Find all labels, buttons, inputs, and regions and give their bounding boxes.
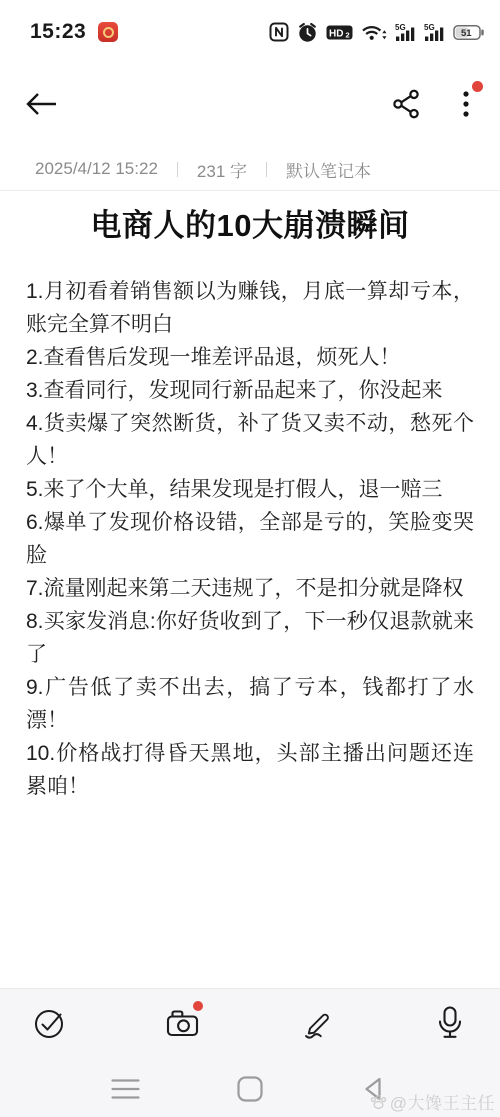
notebook-name[interactable]: 默认笔记本 <box>286 157 371 182</box>
camera-icon <box>164 1007 202 1039</box>
meta-separator: ｜ <box>259 159 274 180</box>
nfc-icon <box>269 22 289 42</box>
note-line-4: 4.货卖爆了突然断货，补了货又卖不动，愁死个人！ <box>26 407 474 473</box>
signal-5g-icon-sim2: 5G <box>424 22 445 42</box>
share-icon <box>390 88 422 120</box>
note-line-2: 2.查看售后发现一堆差评品退，烦死人！ <box>26 341 474 374</box>
back-triangle-icon <box>360 1075 386 1103</box>
note-line-9: 9.广告低了卖不出去，搞了亏本，钱都打了水漂！ <box>26 671 474 737</box>
voice-record-button[interactable] <box>428 1001 472 1045</box>
recents-icon <box>111 1078 140 1100</box>
system-navbar: @大馋王主任 <box>0 1060 500 1117</box>
note-body[interactable]: 1.月初看着销售额以为赚钱，月底一算却亏本，账完全算不明白 2.查看售后发现一堆… <box>0 275 500 803</box>
note-word-count: 231 字 <box>197 157 247 182</box>
home-icon <box>236 1075 264 1103</box>
check-circle-icon <box>32 1005 68 1041</box>
bottom-panel: @大馋王主任 <box>0 988 500 1117</box>
note-line-7: 7.流量刚起来第二天违规了，不是扣分就是降权 <box>26 572 474 605</box>
svg-text:5G: 5G <box>395 23 406 32</box>
note-datetime: 2025/4/12 15:22 <box>35 159 158 179</box>
note-line-3: 3.查看同行，发现同行新品起来了，你没起来 <box>26 374 474 407</box>
menu-notification-dot <box>472 81 483 92</box>
note-line-6: 6.爆单了发现价格设错，全部是亏的，笑脸变哭脸 <box>26 506 474 572</box>
microphone-icon <box>434 1005 466 1041</box>
clock-time: 15:23 <box>30 20 86 44</box>
note-line-5: 5.来了个大单，结果发现是打假人，退一赔三 <box>26 473 474 506</box>
todo-checklist-button[interactable] <box>28 1001 72 1045</box>
overflow-menu-button[interactable] <box>462 90 470 118</box>
nav-recents-button[interactable] <box>111 1078 140 1100</box>
nav-home-button[interactable] <box>236 1075 264 1103</box>
watermark-text: @大馋王主任 <box>390 1089 495 1114</box>
svg-text:5G: 5G <box>424 23 435 32</box>
wifi-icon <box>361 22 387 42</box>
svg-text:2: 2 <box>346 30 350 39</box>
share-button[interactable] <box>390 88 422 120</box>
note-title[interactable]: 电商人的10大崩溃瞬间 <box>20 203 480 249</box>
back-arrow-icon <box>22 89 60 119</box>
note-line-10: 10.价格战打得昏天黑地，头部主播出问题还连累咱！ <box>26 737 474 803</box>
three-dots-icon <box>462 90 470 118</box>
note-header <box>0 60 500 148</box>
note-line-1: 1.月初看着销售额以为赚钱，月底一算却亏本，账完全算不明白 <box>26 275 474 341</box>
note-line-8: 8.买家发消息:你好货收到了，下一秒仅退款就来了 <box>26 605 474 671</box>
back-button[interactable] <box>22 89 60 119</box>
alarm-icon <box>297 22 318 43</box>
header-divider <box>0 190 500 191</box>
svg-text:51: 51 <box>461 28 472 39</box>
signal-5g-icon-sim1: 5G <box>395 22 416 42</box>
svg-text:HD: HD <box>329 28 343 39</box>
nav-back-button[interactable] <box>360 1075 386 1103</box>
meta-separator: ｜ <box>170 159 185 180</box>
creator-watermark: @大馋王主任 <box>369 1089 495 1114</box>
status-bar: 15:23 HD 2 <box>0 0 500 60</box>
pen-signature-icon <box>299 1005 335 1041</box>
note-meta-row: 2025/4/12 15:22 ｜ 231 字 ｜ 默认笔记本 <box>0 148 500 190</box>
notification-app-icon <box>98 22 118 42</box>
battery-icon: 51 <box>453 24 484 41</box>
notes-app-screen: 15:23 HD 2 <box>0 0 500 1117</box>
note-toolbar <box>0 989 500 1045</box>
handwriting-button[interactable] <box>295 1001 339 1045</box>
hd-volte-icon: HD 2 <box>326 24 353 41</box>
camera-button[interactable] <box>161 1001 205 1045</box>
